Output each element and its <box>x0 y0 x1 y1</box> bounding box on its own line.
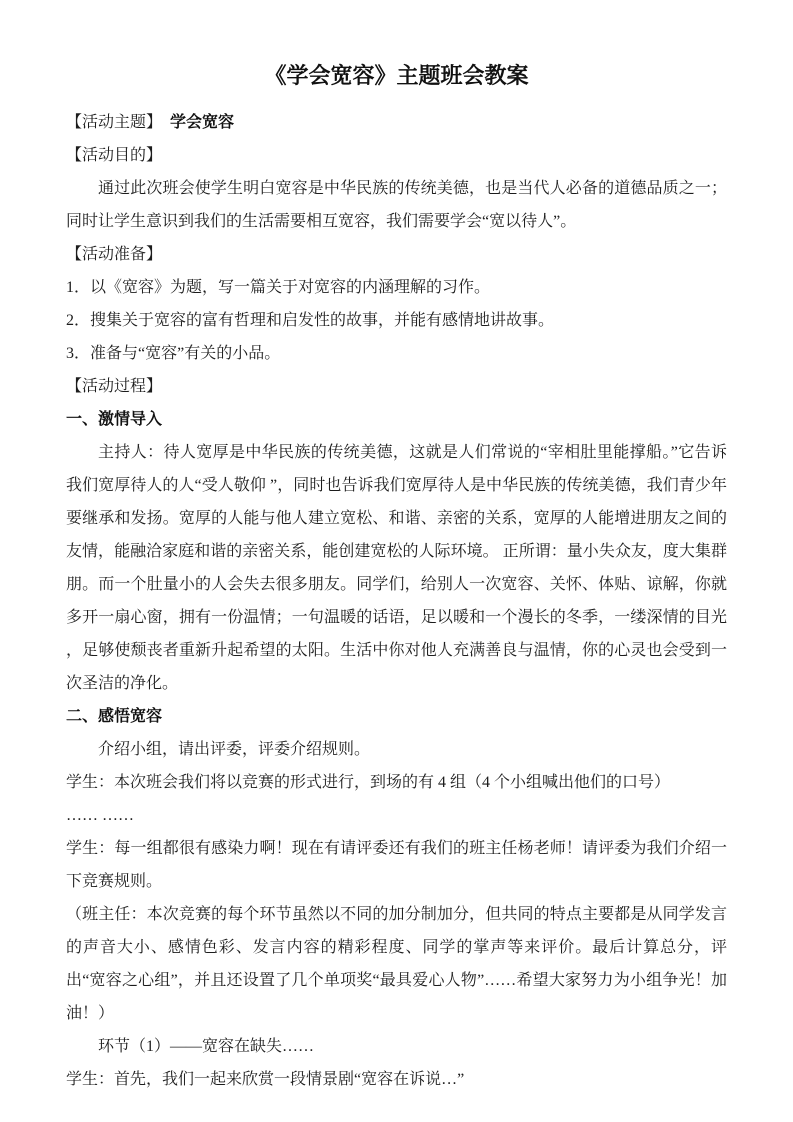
preparation-item-1: 1．以《宽容》为题，写一篇关于对宽容的内涵理解的习作。 <box>66 271 727 304</box>
stage1-line: 环节（1）——宽容在缺失…… <box>66 1030 727 1063</box>
process-heading: 【活动过程】 <box>66 370 727 403</box>
preparation-item-3: 3．准备与“宽容”有关的小品。 <box>66 337 727 370</box>
purpose-paragraph: 通过此次班会使学生明白宽容是中华民族的传统美德，也是当代人必备的道德品质之一；同… <box>66 172 727 238</box>
preparation-item-2: 2．搜集关于宽容的富有哲理和启发性的故事，并能有感情地讲故事。 <box>66 304 727 337</box>
document-page: 《学会宽容》主题班会教案 【活动主题】学会宽容 【活动目的】 通过此次班会使学生… <box>0 0 793 1122</box>
ellipsis-line: …… …… <box>66 799 727 832</box>
preparation-heading: 【活动准备】 <box>66 238 727 271</box>
section2-heading: 二、感悟宽容 <box>66 700 727 733</box>
document-title: 《学会宽容》主题班会教案 <box>66 56 727 96</box>
host-paragraph: 主持人：待人宽厚是中华民族的传统美德，这就是人们常说的“宰相肚里能撑船。”它告诉… <box>66 436 727 700</box>
purpose-heading: 【活动目的】 <box>66 139 727 172</box>
theme-value: 学会宽容 <box>170 114 234 131</box>
teacher-note-paragraph: （班主任：本次竞赛的每个环节虽然以不同的加分制加分，但共同的特点主要都是从同学发… <box>66 898 727 1030</box>
theme-label: 【活动主题】 <box>66 114 162 131</box>
student-line-1: 学生：本次班会我们将以竞赛的形式进行，到场的有 4 组（4 个小组喊出他们的口号… <box>66 766 727 799</box>
theme-line: 【活动主题】学会宽容 <box>66 106 727 139</box>
student-line-2: 学生：每一组都很有感染力啊！现在有请评委还有我们的班主任杨老师！请评委为我们介绍… <box>66 832 727 898</box>
section2-intro: 介绍小组，请出评委，评委介绍规则。 <box>66 733 727 766</box>
student-line-3: 学生：首先，我们一起来欣赏一段情景剧“宽容在诉说…” <box>66 1063 727 1096</box>
section1-heading: 一、激情导入 <box>66 403 727 436</box>
